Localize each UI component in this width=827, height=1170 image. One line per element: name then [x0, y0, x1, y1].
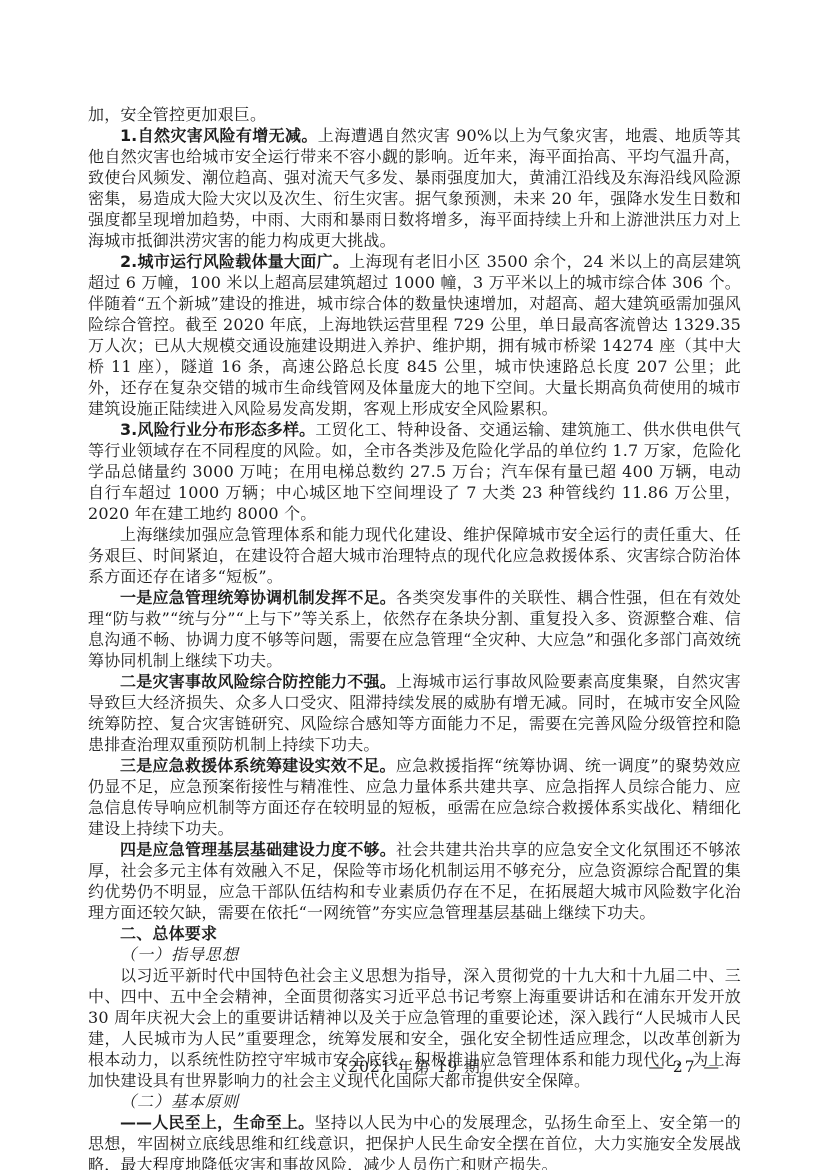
- page-footer: （2021 年第 19 期） — 27 —: [88, 1056, 741, 1078]
- paragraph: 加，安全管控更加艰巨。: [88, 104, 741, 125]
- paragraph-lead: ——人民至上，生命至上。: [120, 1113, 314, 1132]
- paragraph: 二是灾害事故风险综合防控能力不强。上海城市运行事故风险要素高度集聚，自然灾害导致…: [88, 671, 741, 755]
- paragraph-lead: 三是应急救援体系统筹建设实效不足。: [120, 756, 396, 775]
- document-body: 加，安全管控更加艰巨。1.自然灾害风险有增无减。上海遭遇自然灾害 90%以上为气…: [88, 104, 741, 1170]
- paragraph: 2.城市运行风险载体量大面广。上海现有老旧小区 3500 余个，24 米以上的高…: [88, 251, 741, 419]
- paragraph: 三是应急救援体系统筹建设实效不足。应急救援指挥“统筹协调、统一调度”的聚势效应仍…: [88, 755, 741, 839]
- paragraph-text: 加，安全管控更加艰巨。: [88, 105, 266, 124]
- paragraph: 1.自然灾害风险有增无减。上海遭遇自然灾害 90%以上为气象灾害，地震、地质等其…: [88, 125, 741, 251]
- paragraph-lead: 1.自然灾害风险有增无减。: [120, 126, 318, 145]
- paragraph-text: 上海现有老旧小区 3500 余个，24 米以上的高层建筑超过 6 万幢，100 …: [88, 252, 741, 418]
- paragraph-lead: 二是灾害事故风险综合防控能力不强。: [120, 672, 396, 691]
- subsection-heading: （二）基本原则: [88, 1091, 741, 1112]
- paragraph: 3.风险行业分布形态多样。工贸化工、特种设备、交通运输、建筑施工、供水供电供气等…: [88, 419, 741, 524]
- paragraph: 四是应急管理基层基础建设力度不够。社会共建共治共享的应急安全文化氛围还不够浓厚，…: [88, 839, 741, 923]
- paragraph-lead: 四是应急管理基层基础建设力度不够。: [120, 840, 396, 859]
- paragraph: 一是应急管理统筹协调机制发挥不足。各类突发事件的关联性、耦合性强，但在有效处理“…: [88, 587, 741, 671]
- paragraph-text: （一）指导思想: [120, 945, 239, 964]
- subsection-heading: （一）指导思想: [88, 944, 741, 965]
- paragraph: 上海继续加强应急管理体系和能力现代化建设、维护保障城市安全运行的责任重大、任务艰…: [88, 524, 741, 587]
- paragraph-text: 二、总体要求: [120, 924, 217, 943]
- paragraph-lead: 一是应急管理统筹协调机制发挥不足。: [120, 588, 396, 607]
- document-page: 加，安全管控更加艰巨。1.自然灾害风险有增无减。上海遭遇自然灾害 90%以上为气…: [0, 0, 827, 1170]
- paragraph-lead: 2.城市运行风险载体量大面广。: [120, 252, 349, 271]
- paragraph-text: （二）基本原则: [120, 1092, 239, 1111]
- paragraph: ——人民至上，生命至上。坚持以人民为中心的发展理念，弘扬生命至上、安全第一的思想…: [88, 1112, 741, 1170]
- issue-label: （2021 年第 19 期）: [88, 1056, 741, 1078]
- page-number: — 27 —: [648, 1056, 721, 1078]
- section-heading: 二、总体要求: [88, 923, 741, 944]
- paragraph-text: 上海继续加强应急管理体系和能力现代化建设、维护保障城市安全运行的责任重大、任务艰…: [88, 525, 741, 586]
- paragraph-lead: 3.风险行业分布形态多样。: [120, 420, 315, 439]
